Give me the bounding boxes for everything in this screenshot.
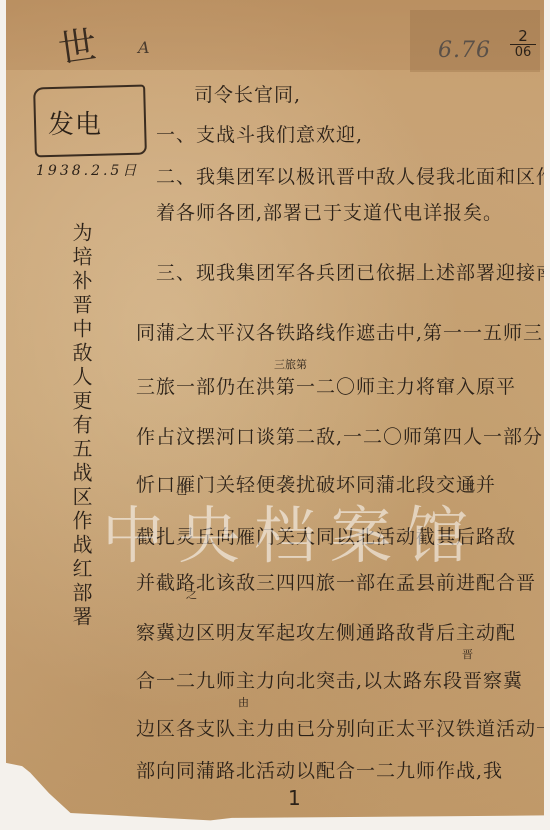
body-line: 察冀边区明友军起攻左侧通路敌背后主动配 (136, 618, 516, 645)
body-line: 同蒲之太平汉各铁路线作遮击中,第一一五师三四 (136, 318, 550, 345)
salutation: 司令长官同, (194, 80, 301, 107)
interlinear-insertion: 已 (176, 482, 187, 498)
signature-suffix: A (138, 38, 151, 57)
archive-number: 6.76 (438, 38, 491, 63)
body-line: 部向同蒲路北活动以配合一二九师作战,我 (136, 756, 503, 783)
page-number: 1 (288, 786, 302, 810)
body-line: 边区各支队主力由已分别向正太平汉铁道活动一 (136, 714, 550, 741)
stamp-label: 发电 (48, 104, 102, 141)
document-scan: 世 A 发电 1938.2.5日 6.76 2 06 司令长官同, 一、支战斗我… (0, 0, 550, 830)
side-note-vertical: 为培补晋中敌人更有五战区作战红部署 (64, 222, 94, 630)
body-line: 截扎灵丘向雁门关大同以北活动截其后路敌 (136, 522, 516, 549)
body-line: 着各师各团,部署已于支道代电详报矣。 (156, 198, 503, 225)
interlinear-insertion: 由 (238, 694, 249, 710)
page-fraction: 2 06 (510, 28, 536, 61)
date: 1938.2.5日 (36, 160, 139, 180)
body-line: 合一二九师主力向北突击,以太路东段晋察冀 (136, 666, 523, 693)
fraction-numerator: 2 (510, 28, 536, 45)
body-line: 三、现我集团军各兵团已依据上述部署迎接南 (156, 258, 550, 285)
fraction-denominator: 06 (510, 45, 536, 61)
interlinear-insertion: 三旅第 (274, 356, 307, 372)
body-line: 忻口雁门关轻便袭扰破坏同蒲北段交通并 (136, 470, 496, 497)
aged-paper: 世 A 发电 1938.2.5日 6.76 2 06 司令长官同, 一、支战斗我… (6, 0, 544, 822)
body-line: 二、我集团军以极讯晋中敌人侵我北面和区作战 (156, 162, 550, 189)
body-line: 作占汶摆河口谈第二敌,一二〇师第四人一部分向 (136, 422, 550, 449)
interlinear-insertion: 北 (464, 478, 475, 494)
signature: 世 (54, 14, 100, 74)
body-line: 三旅一部仍在洪第一二〇师主力将窜入原平 (136, 372, 516, 399)
interlinear-insertion: 之 (186, 586, 197, 602)
body-line: 一、支战斗我们意欢迎, (156, 120, 363, 147)
interlinear-insertion: 晋 (462, 646, 473, 662)
